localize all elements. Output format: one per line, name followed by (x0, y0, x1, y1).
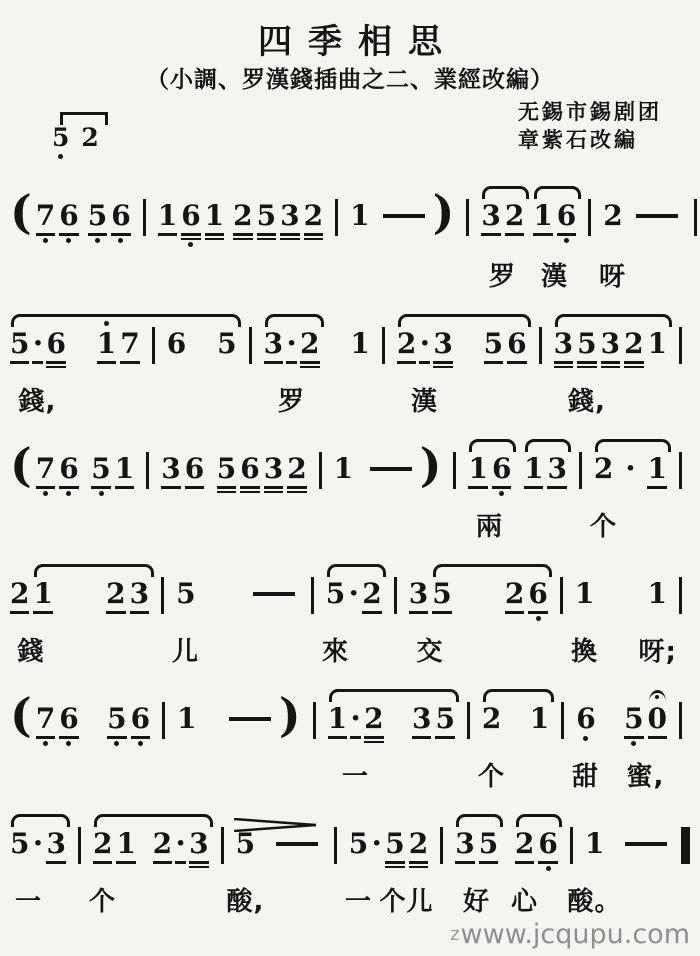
lyric: 酸。 (568, 881, 622, 918)
note: 3 (278, 186, 301, 240)
lyric: 換 (571, 631, 598, 668)
rhythm-underline (554, 366, 573, 369)
note-digit: 5 (385, 829, 404, 859)
note-digit: 2 (505, 579, 524, 609)
note-digit: 5 (217, 329, 236, 359)
note-digit: 6 (59, 704, 78, 734)
watermark-text: www.jcqupu.com (461, 919, 690, 950)
note-digit: · (349, 579, 359, 609)
rhythm-underline (577, 361, 596, 364)
note-digit: 5 (88, 201, 107, 231)
note-digit: 7 (120, 329, 139, 359)
note-digit: 2 (409, 829, 428, 859)
note-digit: 3 (130, 579, 149, 609)
note-digit: 1 (585, 829, 604, 859)
watermark: z www.jcqupu.com (450, 919, 690, 950)
note: 6 (179, 186, 202, 251)
lyric: 來 (322, 631, 349, 668)
barline (335, 199, 338, 236)
note-digit: 3 (280, 201, 299, 231)
note-digit: 3 (264, 329, 283, 359)
lyric: 个 (478, 756, 505, 793)
rhythm-underline (153, 861, 172, 864)
rhythm-underline (185, 486, 204, 489)
note: 3 (159, 439, 182, 489)
rhythm-underline (409, 861, 428, 864)
note-digit: 2 (287, 454, 306, 484)
music-line: (76561)1·23521650一个甜蜜, (8, 689, 692, 790)
note-digit: 2 (233, 201, 252, 231)
rhythm-underline (280, 233, 299, 236)
rhythm-underline (515, 861, 534, 864)
lyric: 漢 (411, 381, 438, 418)
rhythm-underline (46, 366, 65, 369)
notes-row: 212355·2352611 (8, 564, 692, 626)
note-digit: 7 (36, 704, 55, 734)
lyric: 呀 (599, 256, 626, 293)
low-octave-dot-icon (546, 866, 551, 871)
lyric: 漢 (541, 256, 568, 293)
note-digit: 1 (648, 329, 667, 359)
rhythm-underline (433, 366, 452, 369)
lyric: 錢, (19, 381, 57, 418)
rhythm-underline (419, 361, 430, 364)
note-digit: 3 (409, 579, 428, 609)
close-paren: ) (431, 188, 457, 236)
lyric: 呀; (639, 631, 677, 668)
note: 1 (348, 186, 371, 231)
close-paren: ) (277, 691, 303, 739)
barline (560, 577, 563, 614)
note-low (43, 489, 48, 500)
open-paren: ( (8, 441, 34, 489)
rhythm-underline (205, 233, 224, 236)
lyric: 一 (342, 756, 369, 793)
low-octave-dot-icon (66, 741, 71, 746)
note-digit: 6 (492, 454, 511, 484)
rhythm-underline (115, 486, 134, 489)
duration-dash (625, 842, 667, 846)
note: 5 (255, 186, 278, 240)
music-line: 5·3212·355·5235261一个酸,一个儿好心酸。 (8, 814, 692, 915)
note-low (66, 739, 71, 750)
rhythm-underline (264, 486, 283, 489)
barline (467, 702, 470, 739)
song-subtitle: （小調、罗漢錢插曲之二、業經改編） (0, 61, 700, 94)
barline (679, 702, 682, 739)
note-digit: 5 (176, 579, 195, 609)
note-low (188, 240, 193, 251)
low-octave-dot-icon (114, 741, 119, 746)
note: 6 (57, 186, 80, 247)
note-low (43, 236, 48, 247)
low-octave-dot-icon (43, 238, 48, 243)
note-digit: 6 (59, 201, 78, 231)
barline (570, 827, 573, 864)
notes-row: 5·3212·355·5235261 (8, 814, 692, 876)
note: 1 (332, 439, 355, 484)
note-digit: 2 (505, 201, 524, 231)
rhythm-underline (217, 491, 236, 494)
note-digit: 5 (257, 201, 276, 231)
note-digit: 6 (181, 201, 200, 231)
tuning-note-high: 2 (81, 125, 98, 159)
slur-arc (94, 814, 213, 827)
rhythm-underline (385, 861, 404, 864)
note: 6 (57, 689, 80, 750)
dot-separator: · (370, 814, 383, 859)
rhythm-underline (524, 486, 543, 489)
note-digit: 5 (479, 829, 498, 859)
rhythm-underline (409, 611, 428, 614)
low-octave-dot-icon (499, 491, 504, 496)
note: 6 (129, 689, 152, 750)
rhythm-underline (432, 611, 451, 614)
rhythm-underline (240, 491, 259, 494)
lyric: 心 (511, 881, 538, 918)
barline (161, 577, 164, 614)
rhythm-underline (189, 866, 208, 869)
note-low (95, 236, 100, 247)
barline (679, 452, 682, 489)
duration-dash (253, 592, 295, 596)
rhythm-underline (257, 238, 276, 241)
note-low (546, 864, 551, 875)
note-digit: 1 (648, 579, 667, 609)
lyric: 好 (463, 881, 490, 918)
notes-row: (76513656321)16132·1 (8, 439, 692, 501)
rhythm-underline (257, 233, 276, 236)
low-octave-dot-icon (138, 741, 143, 746)
slur-arc (483, 689, 554, 702)
note-digit: 6 (528, 579, 547, 609)
lyric: 錢 (18, 631, 45, 668)
sheet-music-page: 四季相思 （小調、罗漢錢插曲之二、業經改編） 无錫市錫剧团 章紫石改編 5 2 … (0, 0, 700, 956)
tuning-mark: 5 2 (52, 112, 108, 159)
duration-dash (276, 842, 318, 846)
note-digit: 1 (334, 454, 353, 484)
rhythm-underline (264, 491, 283, 494)
notes-row: 5·617653·212·35635321 (8, 314, 692, 376)
duration-dash (370, 467, 412, 471)
note: 5 (383, 814, 406, 868)
note-digit: 1 (530, 704, 549, 734)
rhythm-underline (468, 486, 487, 489)
note-digit: 6 (131, 704, 150, 734)
note: 1 (583, 814, 606, 859)
credits-block: 无錫市錫剧团 章紫石改編 (518, 98, 662, 154)
rhythm-underline (181, 233, 200, 236)
rhythm-underline (46, 861, 65, 864)
note-digit: 2 (594, 454, 613, 484)
note-digit: 6 (185, 454, 204, 484)
song-title: 四季相思 (0, 14, 700, 63)
note: 5 (622, 689, 645, 750)
rhythm-underline (364, 736, 383, 739)
lyric: 兩 (476, 506, 503, 543)
note-digit: 2 (515, 829, 534, 859)
barline (579, 452, 582, 489)
note-digit: 5 (484, 329, 503, 359)
slur-arc (327, 564, 386, 577)
note-digit: 3 (264, 454, 283, 484)
slur-arc (534, 186, 581, 199)
rhythm-underline (479, 861, 498, 864)
rhythm-underline (601, 361, 620, 364)
note: 2 (407, 814, 430, 868)
barline (453, 452, 456, 489)
lyric: 个儿 (380, 881, 434, 918)
slur-arc (329, 689, 459, 702)
note-digit: 6 (538, 829, 557, 859)
slur-arc (398, 314, 531, 327)
low-octave-dot-icon (536, 616, 541, 621)
lyric: 罗 (489, 256, 516, 293)
rhythm-underline (624, 361, 643, 364)
rhythm-underline (300, 361, 319, 364)
low-octave-dot-icon (66, 238, 71, 243)
lyric: 罗 (278, 381, 305, 418)
note: 5 (215, 439, 238, 493)
barline (561, 702, 564, 739)
note-digit: 5 (577, 329, 596, 359)
rhythm-underline (205, 238, 224, 241)
rhythm-underline (554, 361, 573, 364)
note-digit: 1 (533, 201, 552, 231)
note-digit: 3 (161, 454, 180, 484)
low-octave-dot-icon (66, 491, 71, 496)
note-digit: 6 (111, 201, 130, 231)
rhythm-underline (158, 233, 177, 236)
lyric: 儿 (172, 631, 199, 668)
note-digit: 2 (304, 201, 323, 231)
duration-dash (636, 214, 678, 218)
note-digit: 6 (167, 329, 186, 359)
note-digit: 5 (432, 579, 451, 609)
note: 2 (285, 439, 308, 493)
low-octave-dot-icon (99, 491, 104, 496)
low-octave-dot-icon (631, 741, 636, 746)
note-digit: · (350, 704, 360, 734)
note-digit: 7 (36, 454, 55, 484)
low-octave-dot-icon (118, 238, 123, 243)
barline (249, 327, 252, 364)
note-digit: 3 (481, 201, 500, 231)
credit-arranger: 章紫石改編 (518, 126, 662, 154)
rhythm-underline (507, 361, 526, 364)
note-low (583, 734, 588, 745)
slur-arc (555, 314, 672, 327)
rhythm-underline (46, 361, 65, 364)
low-octave-dot-icon (43, 491, 48, 496)
rhythm-underline (130, 611, 149, 614)
rhythm-underline (217, 486, 236, 489)
open-paren: ( (8, 691, 34, 739)
rhythm-underline (484, 361, 503, 364)
final-barline (681, 827, 690, 864)
note-digit: 1 (116, 829, 135, 859)
lyrics-row: 兩个 (8, 506, 692, 540)
note: 6 (238, 439, 261, 493)
barline (382, 327, 385, 364)
rhythm-underline (364, 741, 383, 744)
open-paren: ( (8, 188, 34, 236)
note-digit: 1 (205, 201, 224, 231)
duration-dash (383, 214, 425, 218)
note: 6 (109, 186, 132, 247)
note-digit: · (372, 829, 382, 859)
note-digit: 1 (647, 454, 666, 484)
note-digit: 6 (46, 329, 65, 359)
note-low (99, 489, 104, 500)
lyrics-row: 錢,罗漢錢, (8, 381, 692, 415)
note-digit: 2 (603, 201, 622, 231)
note-digit: 2 (624, 329, 643, 359)
note-low (536, 614, 541, 625)
note-digit: 2 (300, 329, 319, 359)
rhythm-underline (287, 491, 306, 494)
rhythm-underline (624, 366, 643, 369)
note: 1 (646, 564, 669, 609)
note-digit: 5 (435, 704, 454, 734)
barline (146, 452, 149, 489)
rhythm-underline (648, 736, 667, 739)
lyrics-row: 一个甜蜜, (8, 756, 692, 790)
rhythm-underline (409, 866, 428, 869)
low-octave-dot-icon (43, 741, 48, 746)
lyric: 交 (417, 631, 444, 668)
credit-troupe: 无錫市錫剧团 (518, 98, 662, 126)
note-digit: 3 (554, 329, 573, 359)
duration-dash (229, 717, 271, 721)
note-digit: 2 (362, 579, 381, 609)
note-digit: 5 (91, 454, 110, 484)
lyric: 个 (590, 506, 617, 543)
music-line: 212355·2352611錢儿來交換呀; (8, 564, 692, 665)
lyric: 一 (345, 881, 372, 918)
rhythm-underline (481, 233, 500, 236)
note-digit: 1 (158, 201, 177, 231)
rhythm-underline (286, 361, 297, 364)
rhythm-underline (233, 238, 252, 241)
note-digit: 2 (482, 704, 501, 734)
note-digit: 3 (547, 454, 566, 484)
note-low (114, 739, 119, 750)
barline (313, 702, 316, 739)
note-digit: · (625, 454, 635, 484)
note-digit: 3 (46, 829, 65, 859)
music-line: 5·617653·212·35635321錢,罗漢錢, (8, 314, 692, 415)
lyric: 甜 (572, 756, 599, 793)
barline (679, 577, 682, 614)
note-digit: 2 (10, 579, 29, 609)
note: 1 (348, 314, 371, 359)
note-digit: 1 (177, 704, 196, 734)
barline (394, 577, 397, 614)
note-digit: 2 (397, 329, 416, 359)
note: 3 (407, 564, 430, 614)
rhythm-underline (350, 736, 361, 739)
rhythm-underline (240, 486, 259, 489)
barline (143, 199, 146, 236)
slur-arc (482, 186, 529, 199)
slur-arc (433, 564, 552, 577)
lyrics-row: 一个酸,一个儿好心酸。 (8, 881, 692, 915)
note-low (66, 489, 71, 500)
note: 5 (89, 439, 112, 500)
fermata-dot-icon (655, 695, 659, 699)
rhythm-underline (280, 238, 299, 241)
close-paren: ) (418, 441, 444, 489)
barline (466, 199, 469, 236)
slur-arc (11, 814, 70, 827)
notes-row: (76561)1·23521650 (8, 689, 692, 751)
rhythm-underline (10, 611, 29, 614)
music-line: (76513656321)16132·1兩个 (8, 439, 692, 540)
note-digit: 5 (624, 704, 643, 734)
note-digit: · (33, 829, 43, 859)
note-low (564, 236, 569, 247)
rhythm-underline (233, 233, 252, 236)
note-digit: · (33, 329, 43, 359)
rhythm-underline (433, 361, 452, 364)
note-low (43, 739, 48, 750)
note-digit: 3 (455, 829, 474, 859)
lyric: 一 (15, 881, 42, 918)
slur-arc (11, 314, 241, 327)
rhythm-underline (533, 233, 552, 236)
note: 6 (183, 439, 206, 489)
note-digit: 1 (468, 454, 487, 484)
note-digit: 6 (576, 704, 595, 734)
lyric: 蜜, (627, 756, 665, 793)
note-digit: 6 (557, 201, 576, 231)
rhythm-underline (106, 611, 125, 614)
barline (221, 827, 224, 864)
rhythm-underline (547, 486, 566, 489)
tuning-note-low: 5 (52, 125, 69, 159)
rhythm-underline (505, 611, 524, 614)
note: 5 (86, 186, 109, 247)
note: 1 (573, 564, 596, 609)
note-digit: 2 (364, 704, 383, 734)
slur-arc (34, 564, 154, 577)
barline (539, 327, 542, 364)
rhythm-underline (577, 366, 596, 369)
note: 7 (34, 689, 57, 750)
note-digit: 3 (433, 329, 452, 359)
note-digit: 5 (236, 829, 255, 859)
rhythm-underline (601, 366, 620, 369)
note: 5 (347, 814, 370, 859)
slur-arc (456, 814, 503, 827)
note-digit: 6 (507, 329, 526, 359)
barline (152, 327, 155, 364)
rhythm-underline (647, 486, 666, 489)
notes-row: (765616125321)32162 (8, 186, 692, 251)
rhythm-underline (287, 486, 306, 489)
note-low (118, 236, 123, 247)
low-octave-dot-icon (58, 154, 63, 159)
note: 2 (231, 186, 254, 240)
note: 1 (203, 186, 226, 240)
lyric: 錢, (568, 381, 606, 418)
decrescendo-hairpin-icon (234, 818, 318, 832)
note: 2 (8, 564, 31, 614)
note-digit: 3 (189, 829, 208, 859)
rhythm-underline (93, 861, 112, 864)
note-digit: 2 (93, 829, 112, 859)
